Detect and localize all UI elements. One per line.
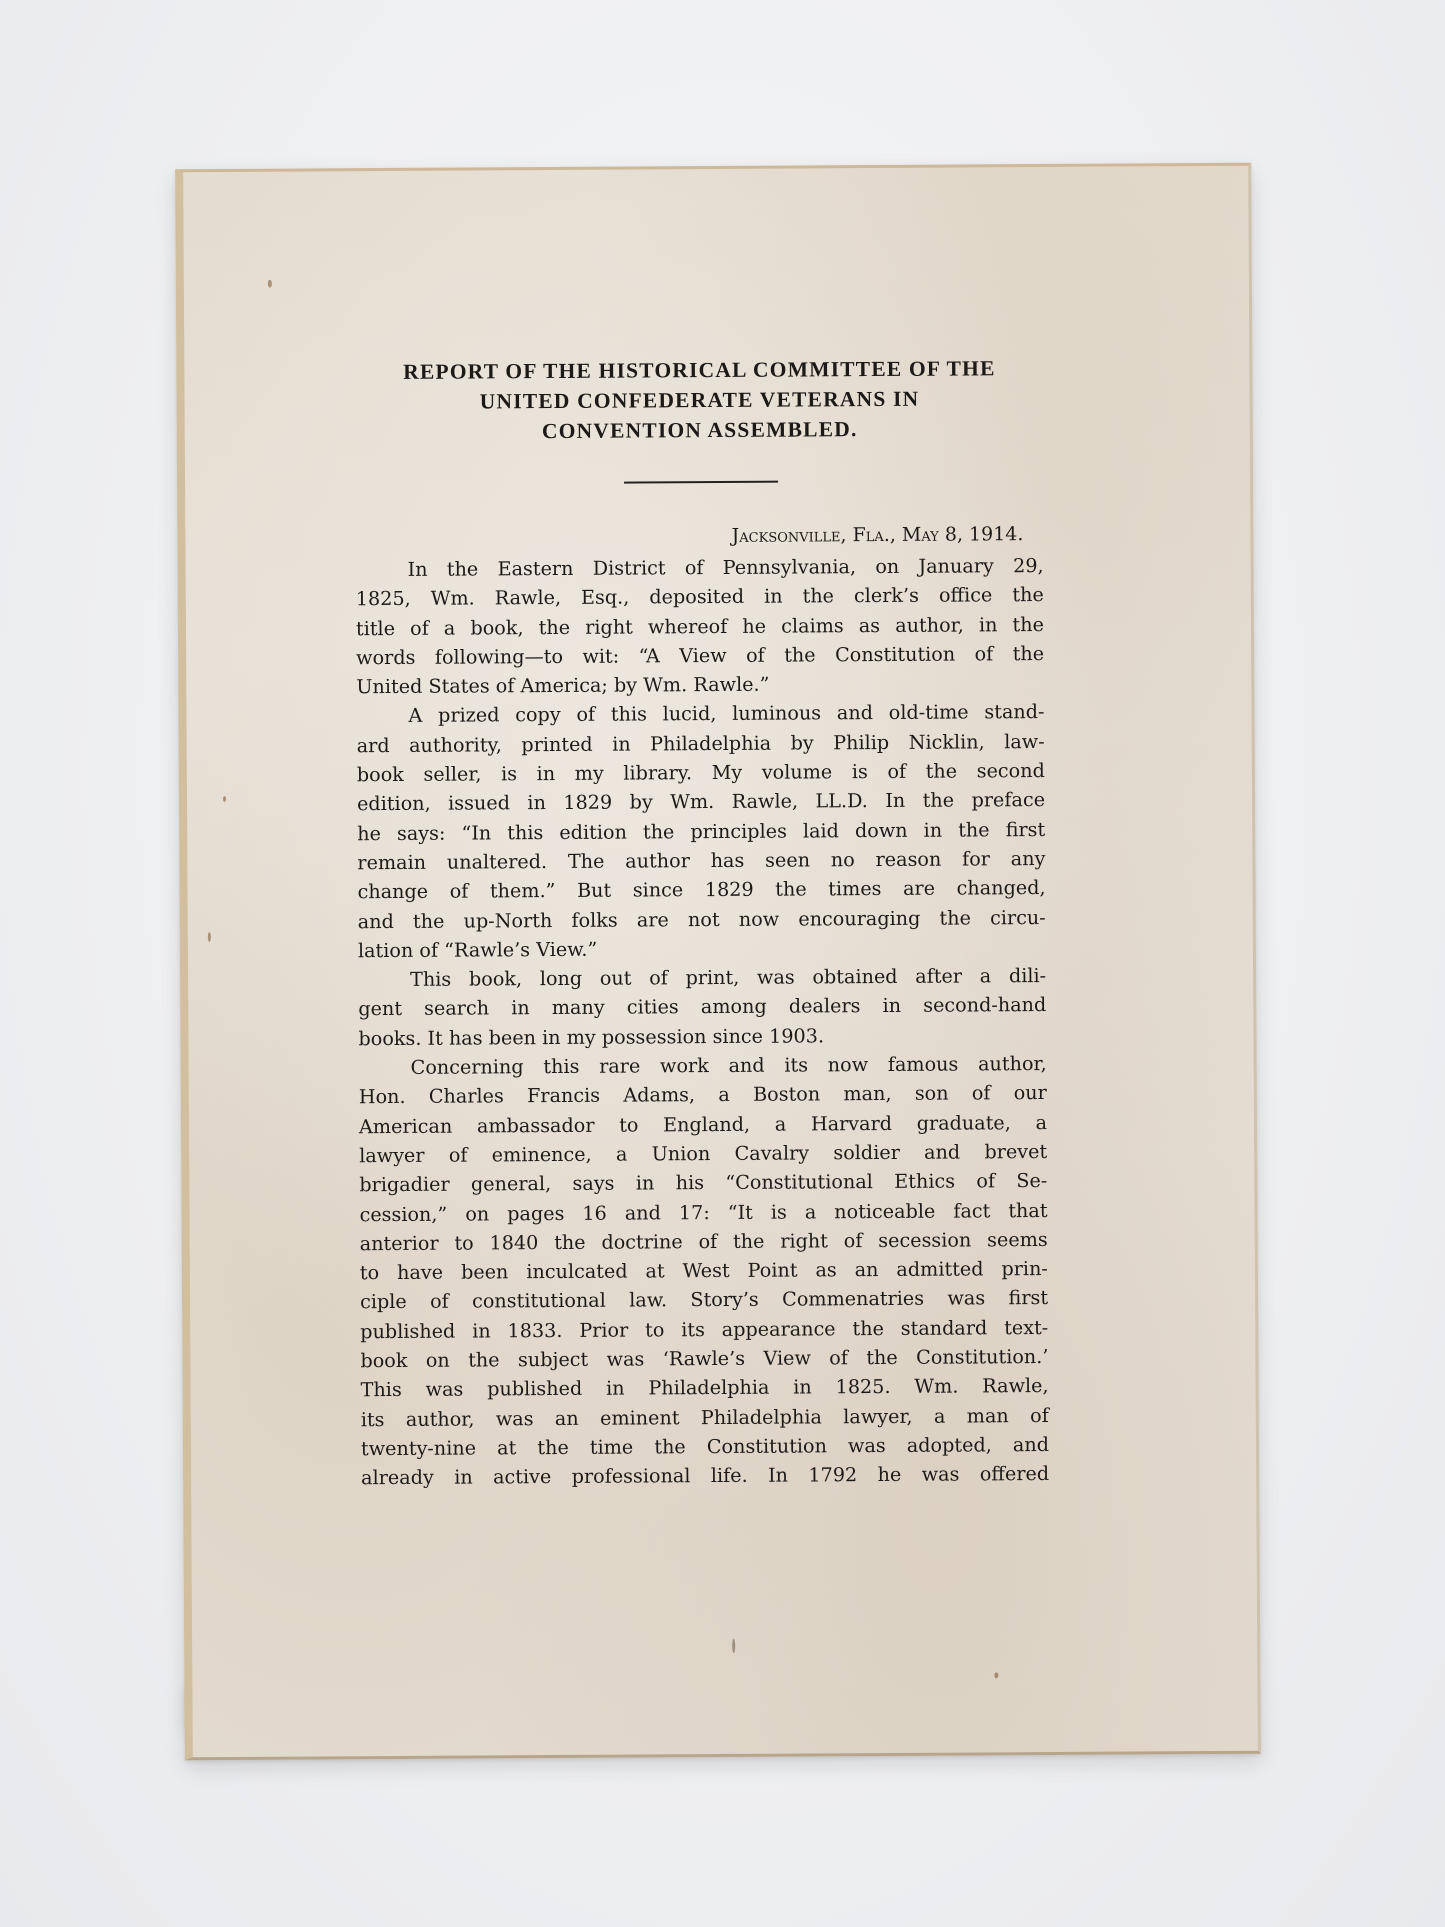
text-line: edition, issued in 1829 by Wm. Rawle, LL… bbox=[357, 785, 1045, 818]
text-line: gent search in many cities among dealers… bbox=[358, 990, 1046, 1023]
foxing-spot bbox=[994, 1672, 998, 1678]
text-line: This was published in Philadelphia in 18… bbox=[361, 1371, 1049, 1404]
text-line: title of a book, the right whereof he cl… bbox=[356, 610, 1044, 643]
text-line: ciple of constitutional law. Story’s Com… bbox=[360, 1283, 1048, 1316]
title-line: REPORT OF THE HISTORICAL COMMITTEE OF TH… bbox=[354, 353, 1044, 387]
text-line: ard authority, printed in Philadelphia b… bbox=[357, 727, 1045, 760]
text-line: Hon. Charles Francis Adams, a Boston man… bbox=[359, 1078, 1047, 1111]
paragraph-2: A prized copy of this lucid, luminous an… bbox=[356, 697, 1046, 965]
text-line: book seller, is in my library. My volume… bbox=[357, 756, 1045, 789]
paragraph-1: In the Eastern District of Pennsylvania,… bbox=[356, 551, 1045, 702]
text-line: twenty-nine at the time the Constitution… bbox=[361, 1430, 1049, 1463]
text-line: and the up-North folks are not now encou… bbox=[358, 903, 1046, 936]
text-line: lation of “Rawle’s View.” bbox=[358, 932, 1046, 965]
text-line: he says: “In this edition the principles… bbox=[357, 815, 1045, 848]
foxing-spot bbox=[732, 1639, 735, 1653]
text-line: books. It has been in my possession sinc… bbox=[358, 1020, 1046, 1053]
report-title: REPORT OF THE HISTORICAL COMMITTEE OF TH… bbox=[354, 353, 1045, 447]
text-line: anterior to 1840 the doctrine of the rig… bbox=[360, 1225, 1048, 1258]
document-content: REPORT OF THE HISTORICAL COMMITTEE OF TH… bbox=[354, 353, 1049, 1493]
text-line: American ambassador to England, a Harvar… bbox=[359, 1108, 1047, 1141]
foxing-spot bbox=[223, 796, 226, 802]
text-line: its author, was an eminent Philadelphia … bbox=[361, 1401, 1049, 1434]
title-line: UNITED CONFEDERATE VETERANS IN bbox=[354, 383, 1044, 417]
document-page: REPORT OF THE HISTORICAL COMMITTEE OF TH… bbox=[175, 163, 1261, 1761]
title-rule-divider bbox=[624, 481, 778, 484]
paragraph-4: Concerning this rare work and its now fa… bbox=[359, 1049, 1050, 1493]
text-line: cession,” on pages 16 and 17: “It is a n… bbox=[359, 1196, 1047, 1229]
text-line: words following—to wit: “A View of the C… bbox=[356, 639, 1044, 672]
foxing-spot bbox=[208, 932, 211, 942]
text-line: 1825, Wm. Rawle, Esq., deposited in the … bbox=[356, 580, 1044, 613]
text-line: Concerning this rare work and its now fa… bbox=[359, 1049, 1047, 1082]
text-line: already in active professional life. In … bbox=[361, 1459, 1049, 1492]
text-line: book on the subject was ‘Rawle’s View of… bbox=[360, 1342, 1048, 1375]
text-line: published in 1833. Prior to its appearan… bbox=[360, 1313, 1048, 1346]
text-line: change of them.” But since 1829 the time… bbox=[357, 873, 1045, 906]
text-line: United States of America; by Wm. Rawle.” bbox=[356, 668, 1044, 701]
text-line: A prized copy of this lucid, luminous an… bbox=[356, 697, 1044, 730]
text-line: brigadier general, says in his “Constitu… bbox=[359, 1166, 1047, 1199]
body-text: In the Eastern District of Pennsylvania,… bbox=[356, 551, 1050, 1493]
text-line: lawyer of eminence, a Union Cavalry sold… bbox=[359, 1137, 1047, 1170]
paragraph-3: This book, long out of print, was obtain… bbox=[358, 961, 1047, 1053]
text-line: In the Eastern District of Pennsylvania,… bbox=[356, 551, 1044, 584]
text-line: This book, long out of print, was obtain… bbox=[358, 961, 1046, 994]
text-line: to have been inculcated at West Point as… bbox=[360, 1254, 1048, 1287]
text-line: remain unaltered. The author has seen no… bbox=[357, 844, 1045, 877]
title-line: CONVENTION ASSEMBLED. bbox=[355, 413, 1045, 447]
foxing-spot bbox=[268, 280, 272, 288]
dateline: Jacksonville, Fla., May 8, 1914. bbox=[355, 519, 1023, 553]
